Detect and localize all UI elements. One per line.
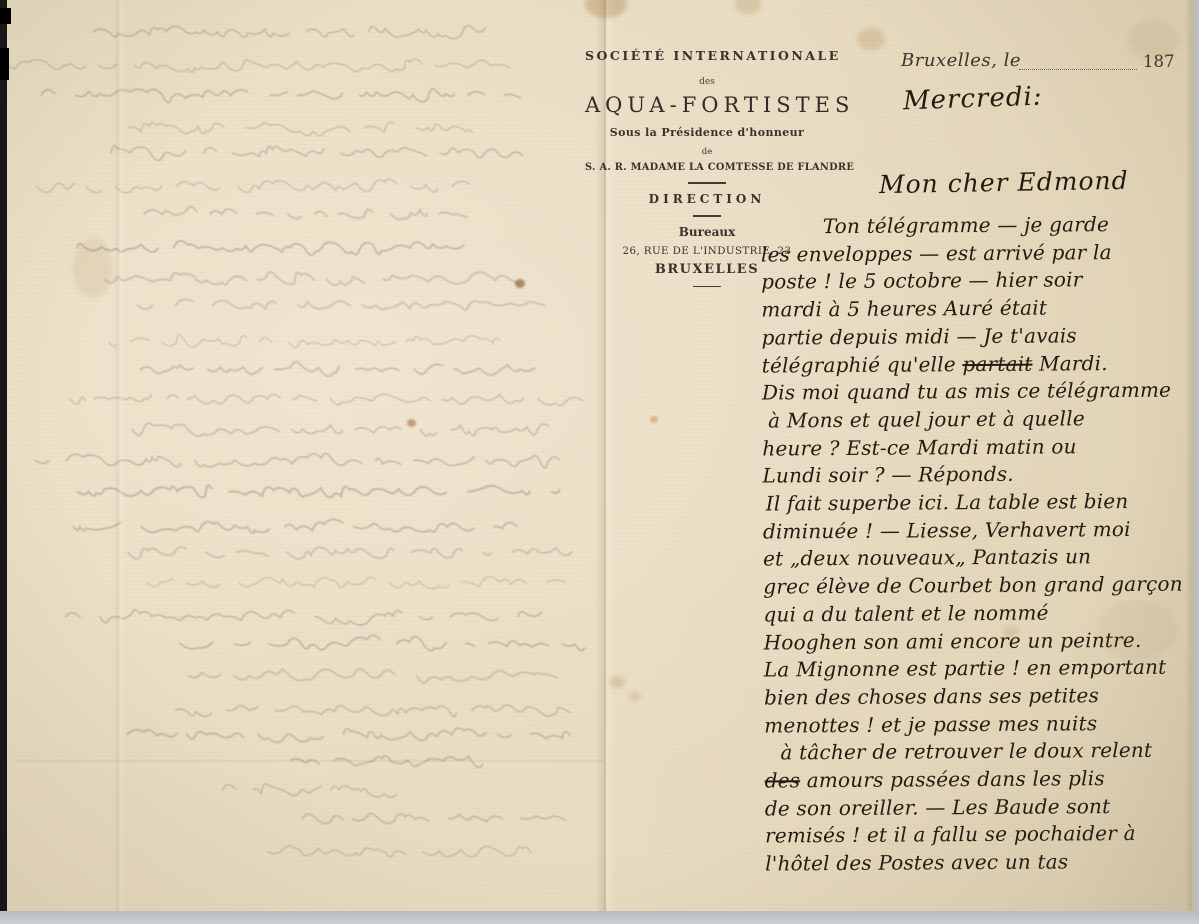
handwritten-line: qui a du talent et le nommé xyxy=(763,598,1199,629)
letterhead-honor-line: Sous la Présidence d'honneur xyxy=(585,126,829,139)
bleedthrough-line xyxy=(137,299,545,310)
bleedthrough-line xyxy=(140,362,548,376)
bleedthrough-line xyxy=(126,728,571,742)
handwritten-line: Dis moi quand tu as mis ce télégramme xyxy=(762,377,1199,408)
bleedthrough-line xyxy=(40,89,532,103)
letterhead-de: de xyxy=(585,147,829,157)
letter-sheet: SOCIÉTÉ INTERNATIONALE des AQUA-FORTISTE… xyxy=(7,0,1192,911)
bleedthrough-line xyxy=(103,272,518,286)
stain xyxy=(857,28,885,50)
handwritten-line: télégraphié qu'elle partait Mardi. xyxy=(762,349,1199,380)
bleedthrough-svg xyxy=(0,8,666,903)
handwritten-line: des amours passées dans les plis xyxy=(765,765,1199,796)
letterhead-patron: S. A. R. MADAME LA COMTESSE DE FLANDRE xyxy=(585,162,829,173)
letterhead-rule xyxy=(693,215,721,217)
handwritten-line: de son oreiller. — Les Baude sont xyxy=(765,792,1199,823)
bleedthrough-line xyxy=(93,26,507,39)
bleedthrough-line xyxy=(110,146,545,161)
handwritten-line: à tâcher de retrouver le doux relent xyxy=(780,737,1199,768)
handwritten-line: grec élève de Courbet bon grand garçon xyxy=(763,571,1199,602)
dateline-year: 187 xyxy=(1143,52,1175,71)
bleedthrough-line xyxy=(131,423,560,436)
bleedthrough-line xyxy=(267,846,531,857)
scanner-right-edge xyxy=(1192,0,1199,911)
bleedthrough-line xyxy=(77,486,561,498)
bleedthrough-line xyxy=(127,122,472,135)
letterhead-direction: DIRECTION xyxy=(585,192,829,206)
handwritten-salutation: Mon cher Edmond xyxy=(879,166,1129,199)
handwritten-line: remisés ! et il a fallu se pochaider à xyxy=(765,820,1199,851)
handwritten-line: heure ? Est-ce Mardi matin ou xyxy=(762,432,1199,463)
stain xyxy=(585,0,627,18)
bleedthrough-line xyxy=(69,394,583,405)
bleedthrough-line xyxy=(301,814,565,824)
handwritten-line: partie depuis midi — Je t'avais xyxy=(761,321,1199,352)
scanner-edge-notch xyxy=(0,48,9,80)
letterhead-des: des xyxy=(585,77,829,87)
letterhead-society: SOCIÉTÉ INTERNATIONALE xyxy=(585,48,829,63)
handwritten-line: Il fait superbe ici. La table est bien xyxy=(766,487,1199,518)
letterhead-rule xyxy=(688,182,726,184)
bleedthrough-line xyxy=(291,756,484,768)
stain xyxy=(650,416,658,423)
letterhead-name: AQUA-FORTISTES xyxy=(585,93,829,117)
scanner-bottom-edge xyxy=(0,911,1199,924)
scanner-edge-notch xyxy=(0,8,11,24)
bleedthrough-line xyxy=(36,179,489,193)
bleedthrough-line xyxy=(221,784,413,797)
bleedthrough-line xyxy=(72,519,517,533)
handwritten-line: mardi à 5 heures Auré était xyxy=(761,294,1199,325)
handwritten-line: La Mignonne est partie ! en emportant xyxy=(764,654,1199,685)
bleedthrough-line xyxy=(0,59,510,72)
bleedthrough-ink xyxy=(0,8,666,903)
bleedthrough-line xyxy=(65,610,544,625)
bleedthrough-line xyxy=(175,705,570,716)
handwritten-day: Mercredi: xyxy=(903,82,1044,117)
bleedthrough-line xyxy=(179,635,601,650)
dateline-dotted-leader xyxy=(1019,69,1137,70)
bleedthrough-line xyxy=(76,241,465,255)
handwritten-line: l'hôtel des Postes avec un tas xyxy=(765,848,1199,879)
handwritten-line: Ton télégramme — je garde xyxy=(823,210,1199,240)
stain xyxy=(735,0,761,14)
handwritten-body: Ton télégramme — je gardeles enveloppes … xyxy=(761,210,1199,878)
bleedthrough-line xyxy=(188,669,576,683)
bleedthrough-line xyxy=(127,547,573,559)
dateline-place: Bruxelles, le xyxy=(901,50,1021,71)
handwritten-line: bien des choses dans ses petites xyxy=(764,681,1199,712)
bleedthrough-line xyxy=(108,334,501,347)
scanner-left-edge xyxy=(0,0,7,924)
bleedthrough-line xyxy=(146,577,567,589)
scan-canvas: SOCIÉTÉ INTERNATIONALE des AQUA-FORTISTE… xyxy=(0,0,1199,924)
handwritten-line: Lundi soir ? — Réponds. xyxy=(762,460,1199,491)
handwritten-line: menottes ! et je passe mes nuits xyxy=(764,709,1199,740)
letterhead-rule xyxy=(693,286,721,288)
handwritten-line: Hooghen son ami encore un peintre. xyxy=(764,626,1199,657)
handwritten-line: et „deux nouveaux„ Pantazis un xyxy=(763,543,1199,574)
bleedthrough-line xyxy=(143,207,467,220)
handwritten-line: poste ! le 5 octobre — hier soir xyxy=(761,266,1199,297)
bleedthrough-line xyxy=(34,453,561,467)
handwritten-line: à Mons et quel jour et à quelle xyxy=(768,404,1199,435)
handwritten-line: diminuée ! — Liesse, Verhavert moi xyxy=(763,515,1199,546)
handwritten-line: les enveloppes — est arrivé par la xyxy=(761,238,1199,269)
